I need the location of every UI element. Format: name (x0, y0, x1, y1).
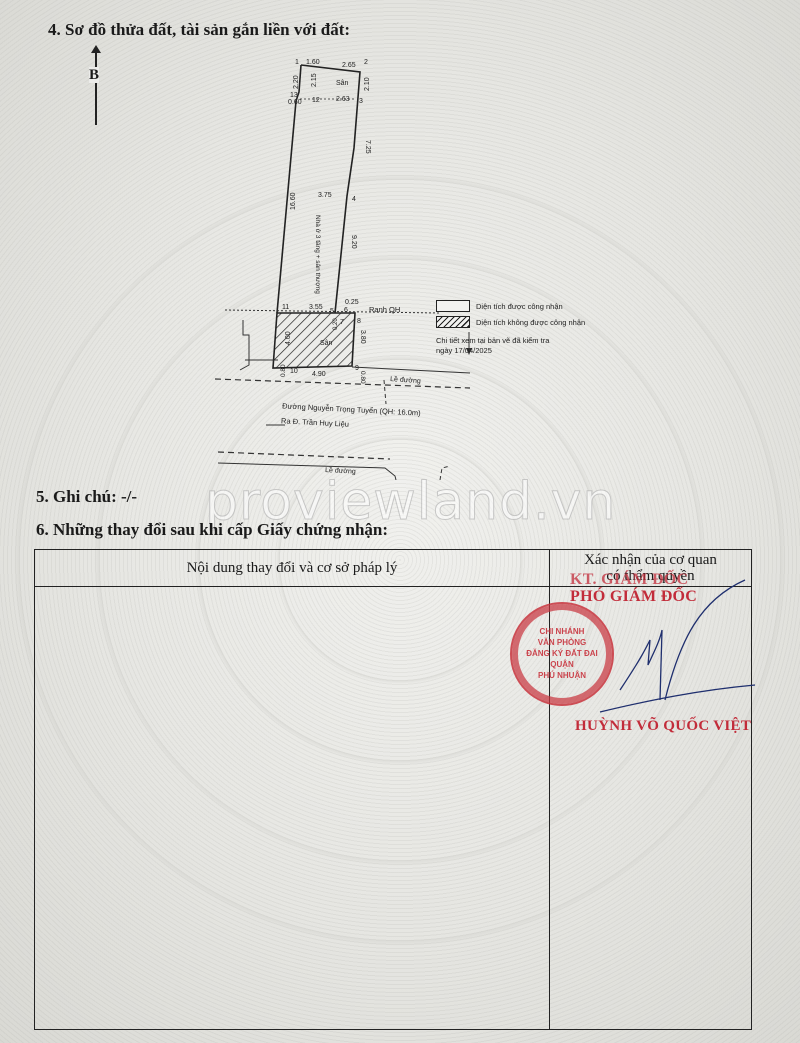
svg-text:0.20: 0.20 (333, 318, 339, 330)
signer-name: HUỲNH VÕ QUỐC VIỆT (575, 718, 751, 735)
svg-text:0.80: 0.80 (280, 364, 287, 377)
svg-text:0.60: 0.60 (288, 99, 302, 106)
svg-text:3.80: 3.80 (359, 330, 366, 344)
svg-text:0.80: 0.80 (359, 371, 366, 384)
svg-text:Lề đường: Lề đường (390, 374, 421, 385)
table-row (35, 587, 752, 1030)
content-cell (35, 587, 550, 1030)
svg-text:2.20: 2.20 (293, 75, 300, 89)
legend-item-recognized: Diện tích được công nhận (436, 298, 585, 314)
svg-text:3.75: 3.75 (318, 192, 332, 199)
svg-text:Sân: Sân (320, 340, 333, 347)
point-9: 9 (355, 365, 359, 372)
svg-text:4.00: 4.00 (285, 331, 292, 345)
point-11: 11 (282, 304, 289, 311)
point-12: 12 (312, 97, 320, 104)
svg-text:4.90: 4.90 (312, 371, 326, 378)
changes-table: Nội dung thay đổi và cơ sở pháp lý Xác n… (34, 549, 752, 1030)
svg-text:9.20: 9.20 (350, 235, 357, 249)
deputy-director-title: PHÓ GIÁM ĐỐC (570, 588, 697, 606)
point-10: 10 (290, 368, 298, 375)
hatched-swatch-icon (436, 316, 470, 328)
legend-item-not-recognized: Diện tích không được công nhận (436, 314, 585, 330)
svg-text:3.55: 3.55 (309, 304, 323, 311)
svg-text:1.60: 1.60 (306, 59, 320, 66)
point-8: 8 (357, 318, 361, 325)
svg-text:2.65: 2.65 (342, 62, 356, 69)
diagram-legend: Diện tích được công nhận Diện tích không… (436, 298, 585, 356)
point-6: 6 (344, 307, 348, 314)
svg-text:Nhà ở 3 tầng + sân thượng: Nhà ở 3 tầng + sân thượng (314, 215, 323, 294)
stamp-text: CHI NHÁNH VĂN PHÒNG ĐĂNG KÝ ĐẤT ĐAI QUẬN… (512, 626, 612, 681)
svg-text:7.25: 7.25 (364, 140, 371, 154)
section-5-title: 5. Ghi chú: -/- (36, 487, 137, 507)
point-7: 7 (340, 319, 344, 326)
legend-note: Chi tiết xem tại bản vẽ đã kiểm tra ngày… (436, 336, 585, 356)
svg-text:2.10: 2.10 (364, 77, 371, 91)
point-13: 13 (290, 92, 298, 99)
col-header-content: Nội dung thay đổi và cơ sở pháp lý (35, 550, 550, 587)
svg-text:Sân: Sân (336, 80, 349, 87)
blank-swatch-icon (436, 300, 470, 312)
point-4: 4 (352, 196, 356, 203)
point-1: 1 (295, 59, 299, 66)
svg-text:0.25: 0.25 (345, 299, 359, 306)
svg-text:Ranh QH: Ranh QH (369, 305, 400, 314)
section-6-title: 6. Những thay đổi sau khi cấp Giấy chứng… (36, 520, 388, 540)
svg-text:2.63: 2.63 (336, 96, 350, 103)
point-3: 3 (359, 98, 363, 105)
svg-text:2.15: 2.15 (311, 73, 318, 87)
point-2: 2 (364, 59, 368, 66)
kt-director-line: KT. GIÁM ĐỐC (570, 571, 688, 589)
official-stamp: CHI NHÁNH VĂN PHÒNG ĐĂNG KÝ ĐẤT ĐAI QUẬN… (510, 602, 614, 706)
point-5: 5 (330, 308, 334, 315)
svg-text:16.60: 16.60 (290, 192, 297, 210)
